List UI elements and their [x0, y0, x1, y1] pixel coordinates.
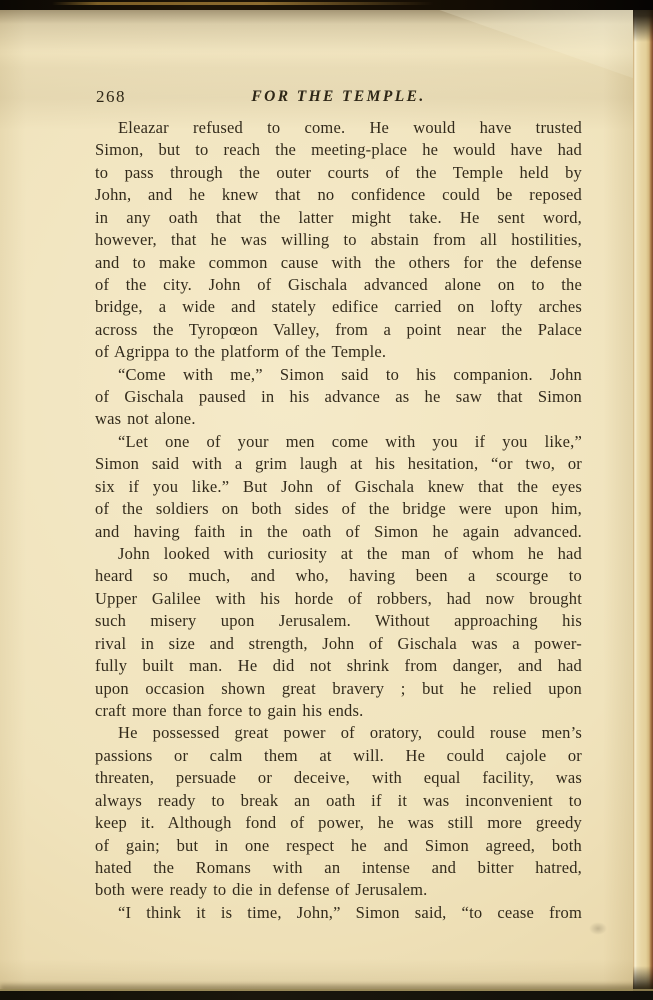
text-line: and to make common cause with the others…: [95, 252, 582, 274]
text-line: such misery upon Jerusalem. Without appr…: [95, 610, 582, 632]
text-line: “Let one of your men come with you if yo…: [95, 431, 582, 453]
paragraph: “I think it is time, John,” Simon said, …: [95, 902, 582, 924]
text-line: “Come with me,” Simon said to his compan…: [95, 364, 582, 386]
text-line: of gain; but in one respect he and Simon…: [95, 835, 582, 857]
fore-edge-pages: [633, 0, 653, 1000]
text-line: however, that he was willing to abstain …: [95, 229, 582, 251]
scanned-book-page: 268 FOR THE TEMPLE. Eleazar refused to c…: [0, 0, 653, 1000]
paragraph: Eleazar refused to come. He would have t…: [95, 117, 582, 364]
page: 268 FOR THE TEMPLE. Eleazar refused to c…: [0, 10, 633, 991]
text-line: craft more than force to gain his ends.: [95, 700, 582, 722]
text-line: keep it. Although fond of power, he was …: [95, 812, 582, 834]
text-line: threaten, persuade or deceive, with equa…: [95, 767, 582, 789]
text-line: Simon said with a grim laugh at his hesi…: [95, 453, 582, 475]
book-bottom-edge: [0, 991, 653, 1000]
text-line: upon occasion shown great bravery ; but …: [95, 678, 582, 700]
text-line: was not alone.: [95, 408, 582, 430]
text-line: hated the Romans with an intense and bit…: [95, 857, 582, 879]
text-line: John, and he knew that no confidence cou…: [95, 184, 582, 206]
paragraph: “Let one of your men come with you if yo…: [95, 431, 582, 543]
paper-smudge: [589, 922, 607, 935]
text-line: of Gischala paused in his advance as he …: [95, 386, 582, 408]
book-top-edge-highlight: [52, 2, 434, 5]
text-line: He possessed great power of oratory, cou…: [95, 722, 582, 744]
text-line: in any oath that the latter might take. …: [95, 207, 582, 229]
text-line: always ready to break an oath if it was …: [95, 790, 582, 812]
paragraph: John looked with curiosity at the man of…: [95, 543, 582, 722]
paragraph: He possessed great power of oratory, cou…: [95, 722, 582, 901]
text-line: both were ready to die in defense of Jer…: [95, 879, 582, 901]
running-header: FOR THE TEMPLE.: [95, 86, 582, 106]
text-line: “I think it is time, John,” Simon said, …: [95, 902, 582, 924]
text-line: bridge, a wide and stately edifice carri…: [95, 296, 582, 318]
text-line: to pass through the outer courts of the …: [95, 162, 582, 184]
text-line: heard so much, and who, having been a sc…: [95, 565, 582, 587]
page-header: 268 FOR THE TEMPLE.: [95, 86, 582, 110]
page-corner-fold: [413, 10, 633, 84]
text-line: Simon, but to reach the meeting-place he…: [95, 139, 582, 161]
text-line: passions or calm them at will. He could …: [95, 745, 582, 767]
text-line: of the city. John of Gischala advanced a…: [95, 274, 582, 296]
text-line: and having faith in the oath of Simon he…: [95, 521, 582, 543]
text-line: across the Tyropœon Valley, from a point…: [95, 319, 582, 341]
text-line: six if you like.” But John of Gischala k…: [95, 476, 582, 498]
book-top-edge: [0, 0, 653, 10]
text-line: of the soldiers on both sides of the bri…: [95, 498, 582, 520]
text-line: Upper Galilee with his horde of robbers,…: [95, 588, 582, 610]
text-line: fully built man. He did not shrink from …: [95, 655, 582, 677]
body-text: Eleazar refused to come. He would have t…: [95, 117, 582, 924]
paragraph: “Come with me,” Simon said to his compan…: [95, 364, 582, 431]
text-line: Eleazar refused to come. He would have t…: [95, 117, 582, 139]
text-line: rival in size and strength, John of Gisc…: [95, 633, 582, 655]
text-line: of Agrippa to the platform of the Temple…: [95, 341, 582, 363]
text-line: John looked with curiosity at the man of…: [95, 543, 582, 565]
page-number: 268: [96, 87, 126, 107]
